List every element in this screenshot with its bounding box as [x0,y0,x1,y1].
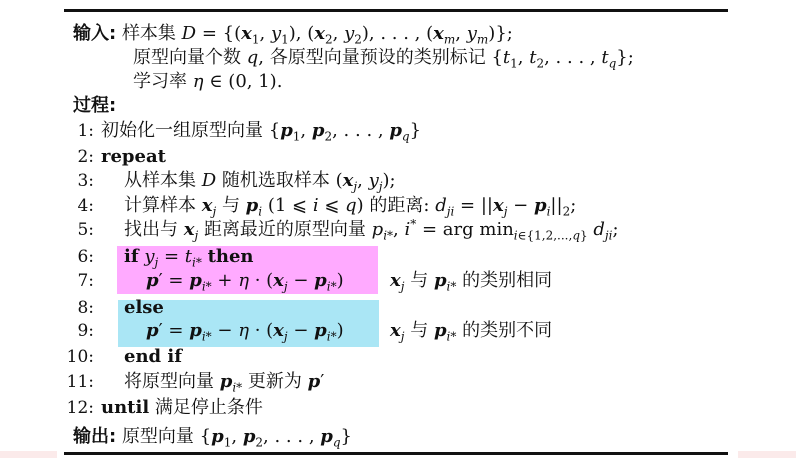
output-label: 输出: [73,426,116,447]
step-9-comment: xj 与 pi* 的类别不同 [390,319,552,343]
step-1: 初始化一组原型向量 {p1, p2, . . . , pq} [101,119,421,143]
line-number: 12: [60,396,94,420]
input-line-2: 原型向量个数 q, 各原型向量预设的类别标记 {t1, t2, . . . , … [133,46,634,70]
process-label: 过程: [73,95,116,116]
step-10-endif: end if [124,345,182,369]
step-2-repeat: repeat [101,145,166,169]
line-number: 3: [60,169,94,193]
line-number: 7: [60,269,94,293]
input-label: 输入: [73,23,116,44]
step-7-comment: xj 与 pi* 的类别相同 [390,269,552,293]
output-line: 输出: 原型向量 {p1, p2, . . . , pq} [73,425,352,449]
step-12-until: until 满足停止条件 [101,396,263,420]
line-number: 11: [60,370,94,394]
input-line-3: 学习率 η ∈ (0, 1). [133,70,282,94]
line-number: 2: [60,145,94,169]
step-4: 计算样本 xj 与 pi (1 ⩽ i ⩽ q) 的距离: dji = ||xj… [124,194,576,218]
line-number: 5: [60,218,94,242]
edge-strip-left [0,451,57,458]
step-5: 找出与 xj 距离最近的原型向量 pi*, i* = arg mini∈{1,2… [124,218,619,242]
line-number: 4: [60,194,94,218]
step-6-if: if yj = ti* then [124,245,254,269]
step-8-else: else [124,296,164,320]
line-number: 9: [60,319,94,343]
step-7-update-plus: p′ = pi* + η · (xj − pi*) [146,269,344,293]
edge-strip-right [738,451,796,458]
step-9-update-minus: p′ = pi* − η · (xj − pi*) [146,319,344,343]
step-3: 从样本集 D 随机选取样本 (xj, yj); [124,169,396,193]
line-number: 10: [60,345,94,369]
process-label-line: 过程: [73,94,116,118]
line-number: 6: [60,245,94,269]
bottom-rule [64,452,728,455]
step-11: 将原型向量 pi* 更新为 p′ [124,370,324,394]
line-number: 8: [60,296,94,320]
input-line-1: 输入: 样本集 D = {(x1, y1), (x2, y2), . . . ,… [73,22,513,46]
top-rule [64,9,728,12]
line-number: 1: [60,119,94,143]
